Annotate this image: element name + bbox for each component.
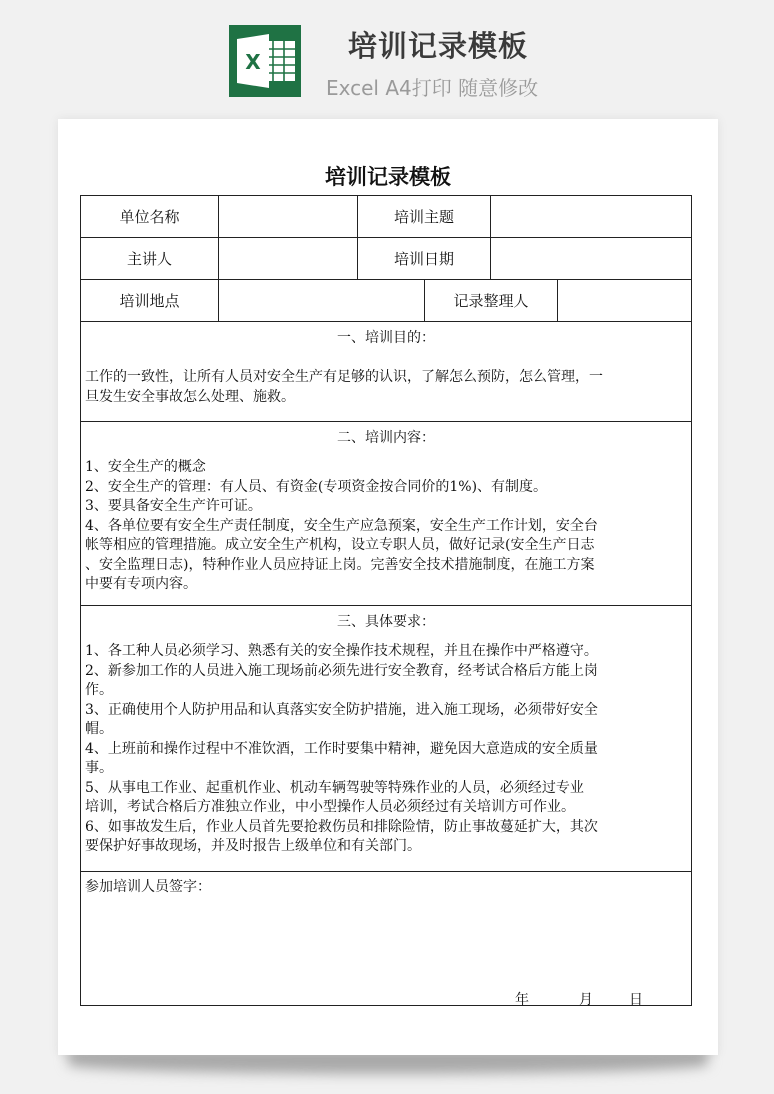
text-line: 6、如事故发生后，作业人员首先要抢救伤员和排除险情，防止事故蔓延扩大，其次 (85, 818, 687, 838)
section-specific-requirements: 三、具体要求： 1、各工种人员必须学习、熟悉有关的安全操作技术规程，并且在操作中… (81, 606, 691, 872)
section-body: 1、安全生产的概念 2、安全生产的管理：有人员、有资金(专项资金按合同价的1%)… (81, 449, 691, 595)
recorder-field[interactable] (558, 280, 691, 322)
text-line: 帽。 (85, 720, 687, 740)
text-line: 4、各单位要有安全生产责任制度，安全生产应急预案，安全生产工作计划，安全台 (85, 517, 687, 537)
section-training-content: 二、培训内容： 1、安全生产的概念 2、安全生产的管理：有人员、有资金(专项资金… (81, 422, 691, 606)
signature-label: 参加培训人员签字： (85, 876, 211, 896)
section-heading: 二、培训内容： (81, 422, 691, 449)
section-heading: 一、培训目的： (81, 322, 691, 349)
training-location-field[interactable] (219, 280, 425, 322)
label-training-location: 培训地点 (81, 280, 219, 322)
text-line: 3、要具备安全生产许可证。 (85, 497, 687, 517)
text-line: 、安全监理日志)，特种作业人员应持证上岗。完善安全技术措施制度，在施工方案 (85, 556, 687, 576)
text-line: 中要有专项内容。 (85, 575, 687, 595)
document-page: 培训记录模板 单位名称 培训主题 主讲人 培训日期 培训地点 记录整理人 一、培… (58, 119, 718, 1055)
text-line: 5、从事电工作业、起重机作业、机动车辆驾驶等特殊作业的人员，必须经过专业 (85, 779, 687, 799)
text-line: 事。 (85, 759, 687, 779)
section-training-purpose: 一、培训目的： 工作的一致性，让所有人员对安全生产有足够的认识，了解怎么预防，怎… (81, 322, 691, 422)
training-date-field[interactable] (491, 238, 691, 280)
text-line: 2、新参加工作的人员进入施工现场前必须先进行安全教育，经考试合格后方能上岗 (85, 662, 687, 682)
text-line: 4、上班前和操作过程中不准饮酒，工作时要集中精神，避免因大意造成的安全质量 (85, 740, 687, 760)
text-line: 旦发生安全事故怎么处理、施救。 (85, 388, 687, 408)
banner-subtitle: Excel A4打印 随意修改 (326, 72, 538, 101)
text-line: 帐等相应的管理措施。成立安全生产机构，设立专职人员，做好记录(安全生产日志 (85, 536, 687, 556)
label-training-date: 培训日期 (358, 238, 491, 280)
text-line: 作。 (85, 681, 687, 701)
date-year: 年 (515, 989, 529, 1009)
text-line: 2、安全生产的管理：有人员、有资金(专项资金按合同价的1%)、有制度。 (85, 478, 687, 498)
label-recorder: 记录整理人 (425, 280, 558, 322)
date-day: 日 (629, 989, 643, 1009)
text-line: 培训，考试合格后方准独立作业，中小型操作人员必须经过有关培训方可作业。 (85, 798, 687, 818)
banner-title: 培训记录模板 (348, 24, 528, 65)
label-lecturer: 主讲人 (81, 238, 219, 280)
date-month: 月 (579, 989, 593, 1009)
text-line: 工作的一致性，让所有人员对安全生产有足够的认识，了解怎么预防，怎么管理，一 (85, 368, 687, 388)
text-line: 1、安全生产的概念 (85, 458, 687, 478)
lecturer-field[interactable] (219, 238, 358, 280)
text-line: 3、正确使用个人防护用品和认真落实安全防护措施，进入施工现场，必须带好安全 (85, 701, 687, 721)
section-body: 工作的一致性，让所有人员对安全生产有足够的认识，了解怎么预防，怎么管理，一 旦发… (81, 349, 691, 407)
label-unit-name: 单位名称 (81, 196, 219, 238)
text-line: 1、各工种人员必须学习、熟悉有关的安全操作技术规程，并且在操作中严格遵守。 (85, 642, 687, 662)
training-topic-field[interactable] (491, 196, 691, 238)
label-training-topic: 培训主题 (358, 196, 491, 238)
section-body: 1、各工种人员必须学习、熟悉有关的安全操作技术规程，并且在操作中严格遵守。 2、… (81, 633, 691, 857)
unit-name-field[interactable] (219, 196, 358, 238)
svg-text:X: X (245, 50, 261, 74)
signature-area[interactable]: 参加培训人员签字： 年 月 日 (81, 872, 691, 1005)
text-line: 要保护好事故现场，并及时报告上级单位和有关部门。 (85, 837, 687, 857)
excel-icon: X (229, 25, 301, 97)
section-heading: 三、具体要求： (81, 606, 691, 633)
banner: X 培训记录模板 Excel A4打印 随意修改 (0, 0, 774, 110)
document-title: 培训记录模板 (58, 161, 718, 191)
training-record-form: 单位名称 培训主题 主讲人 培训日期 培训地点 记录整理人 一、培训目的： 工作… (80, 195, 692, 1006)
